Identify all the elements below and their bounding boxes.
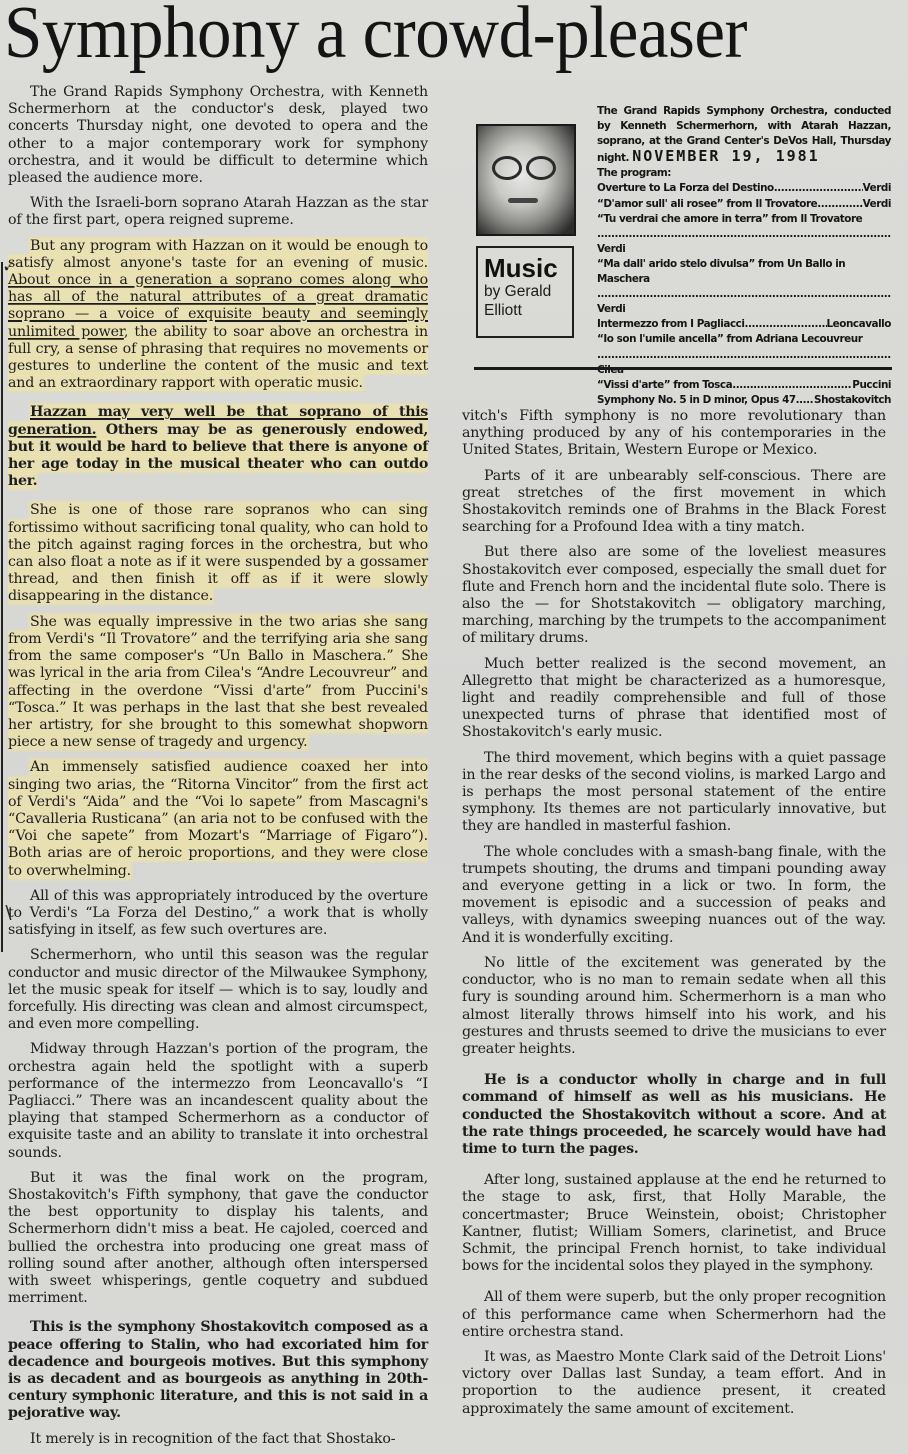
author-portrait-photo (476, 124, 576, 236)
paragraph-highlighted: But any program with Hazzan on it would … (8, 238, 428, 393)
concert-info-box: The Grand Rapids Symphony Orchestra, con… (597, 104, 891, 408)
paragraph: The Grand Rapids Symphony Orchestra, wit… (8, 84, 428, 187)
handwritten-date: NOVEMBER 19, 1981 (632, 147, 820, 165)
paragraph: But it was the final work on the program… (8, 1170, 428, 1308)
program-label: The program: (597, 166, 891, 181)
paragraph: Much better realized is the second movem… (462, 656, 886, 742)
program-item-composer: Verdi (863, 197, 891, 212)
program-item-composer: Verdi (597, 302, 625, 317)
program-item: Symphony No. 5 in D minor, Opus 47Shosta… (597, 393, 891, 408)
program-item: “Ma dall' arido stelo divulsa” from Un B… (597, 257, 891, 317)
glasses-icon (492, 156, 522, 180)
program-item-title: Overture to La Forza del Destino (597, 181, 774, 196)
program-item: “Io son l'umile ancella” from Adriana Le… (597, 332, 891, 377)
paragraph: After long, sustained applause at the en… (462, 1172, 886, 1275)
glasses-icon (526, 156, 556, 180)
headline: Symphony a crowd-pleaser (4, 0, 904, 74)
paragraph-highlighted: An immensely satisfied audience coaxed h… (8, 759, 428, 879)
paragraph: But there also are some of the loveliest… (462, 544, 886, 647)
paragraph: The whole concludes with a smash-bang fi… (462, 844, 886, 947)
program-item-title: Intermezzo from I Pagliacci (597, 317, 745, 332)
paragraph: Schermerhorn, who until this season was … (8, 947, 428, 1033)
paragraph: vitch's Fifth symphony is no more revolu… (462, 408, 886, 460)
program-list: Overture to La Forza del DestinoVerdi“D'… (597, 181, 891, 407)
paragraph: It merely is in recognition of the fact … (8, 1431, 428, 1448)
paragraph: All of them were superb, but the only pr… (462, 1289, 886, 1341)
margin-bracket-mark (1, 262, 3, 952)
program-item: “Vissi d'arte” from ToscaPuccini (597, 378, 891, 393)
program-item-composer: Shostakovitch (814, 393, 891, 408)
dot-leader (597, 287, 891, 302)
dot-leader (597, 348, 891, 363)
byline-box: Music by Gerald Elliott (476, 246, 574, 338)
program-item-title: “Tu verdrai che amore in terra” from Il … (597, 212, 891, 227)
program-item-composer: Verdi (863, 181, 891, 196)
program-item: “D'amor sull' ali rosee” from Il Trovato… (597, 197, 891, 212)
paragraph: It was, as Maestro Monte Clark said of t… (462, 1349, 886, 1418)
mustache-icon (508, 198, 538, 203)
article-column-right: vitch's Fifth symphony is no more revolu… (462, 408, 886, 1426)
newspaper-clipping: Symphony a crowd-pleaser ✓ ∖ The Grand R… (0, 0, 908, 1454)
program-item-title: “Io son l'umile ancella” from Adriana Le… (597, 332, 891, 347)
paragraph-highlighted: She is one of those rare sopranos who ca… (8, 502, 428, 605)
dot-leader (796, 393, 814, 408)
paragraph: With the Israeli-born soprano Atarah Haz… (8, 195, 428, 229)
section-label: Music (484, 254, 572, 282)
paragraph: No little of the excitement was generate… (462, 955, 886, 1058)
dot-leader (817, 197, 862, 212)
paragraph-highlighted: Hazzan may very well be that soprano of … (8, 404, 428, 490)
program-item-title: Symphony No. 5 in D minor, Opus 47 (597, 393, 796, 408)
program-item-title: “Ma dall' arido stelo divulsa” from Un B… (597, 257, 891, 287)
article-column-left: The Grand Rapids Symphony Orchestra, wit… (8, 84, 428, 1454)
section-divider (474, 367, 892, 370)
paragraph: Midway through Hazzan's portion of the p… (8, 1041, 428, 1161)
paragraph: The third movement, which begins with a … (462, 750, 886, 836)
dot-leader (732, 378, 852, 393)
paragraph: Parts of it are unbearably self-consciou… (462, 468, 886, 537)
dot-leader (597, 227, 891, 242)
concert-intro: The Grand Rapids Symphony Orchestra, con… (597, 104, 891, 166)
paragraph: All of this was appropriately introduced… (8, 888, 428, 940)
program-item: Overture to La Forza del DestinoVerdi (597, 181, 891, 196)
paragraph: He is a conductor wholly in charge and i… (462, 1072, 886, 1158)
paragraph-highlighted: She was equally impressive in the two ar… (8, 614, 428, 752)
program-item: “Tu verdrai che amore in terra” from Il … (597, 212, 891, 257)
program-item-composer: Leoncavallo (827, 317, 891, 332)
byline-by: by Gerald (484, 282, 572, 301)
program-item-composer: Cilea (597, 363, 624, 378)
program-item-title: “D'amor sull' ali rosee” from Il Trovato… (597, 197, 817, 212)
program-item-composer: Verdi (597, 242, 625, 257)
program-item: Intermezzo from I PagliacciLeoncavallo (597, 317, 891, 332)
dot-leader (774, 181, 863, 196)
paragraph: This is the symphony Shostakovitch compo… (8, 1319, 428, 1422)
dot-leader (745, 317, 827, 332)
program-item-title: “Vissi d'arte” from Tosca (597, 378, 732, 393)
program-item-composer: Puccini (852, 378, 891, 393)
byline-author: Elliott (484, 301, 572, 320)
